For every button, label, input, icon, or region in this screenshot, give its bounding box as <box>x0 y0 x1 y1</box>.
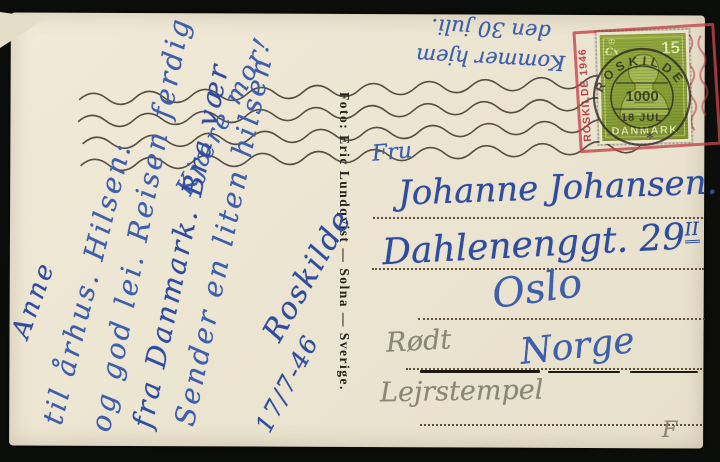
ink-underline <box>548 371 620 373</box>
top-note-upside-down: Kommer hjem den 30 juli. <box>333 6 568 78</box>
floor-superscript: II <box>684 219 699 244</box>
address-dotted-line <box>420 424 702 426</box>
pencil-note-type: Lejrstempel <box>380 375 544 409</box>
postmark-date: 18 JUL <box>621 112 663 124</box>
pencil-note-color: Rødt <box>385 324 452 358</box>
address-dotted-line <box>418 318 705 320</box>
pencil-corner-letter: F <box>662 418 677 443</box>
postmark-star: * <box>646 129 654 147</box>
cds-postmark: ROSKILDE 1000 18 JUL * <box>586 41 698 153</box>
ink-underline <box>630 371 698 373</box>
recipient-title: Fru <box>371 138 413 166</box>
postcard-scan: Foto: Eric Lundqvist — Solna — Sverige. … <box>0 0 720 462</box>
postmark-time: 1000 <box>625 88 658 105</box>
